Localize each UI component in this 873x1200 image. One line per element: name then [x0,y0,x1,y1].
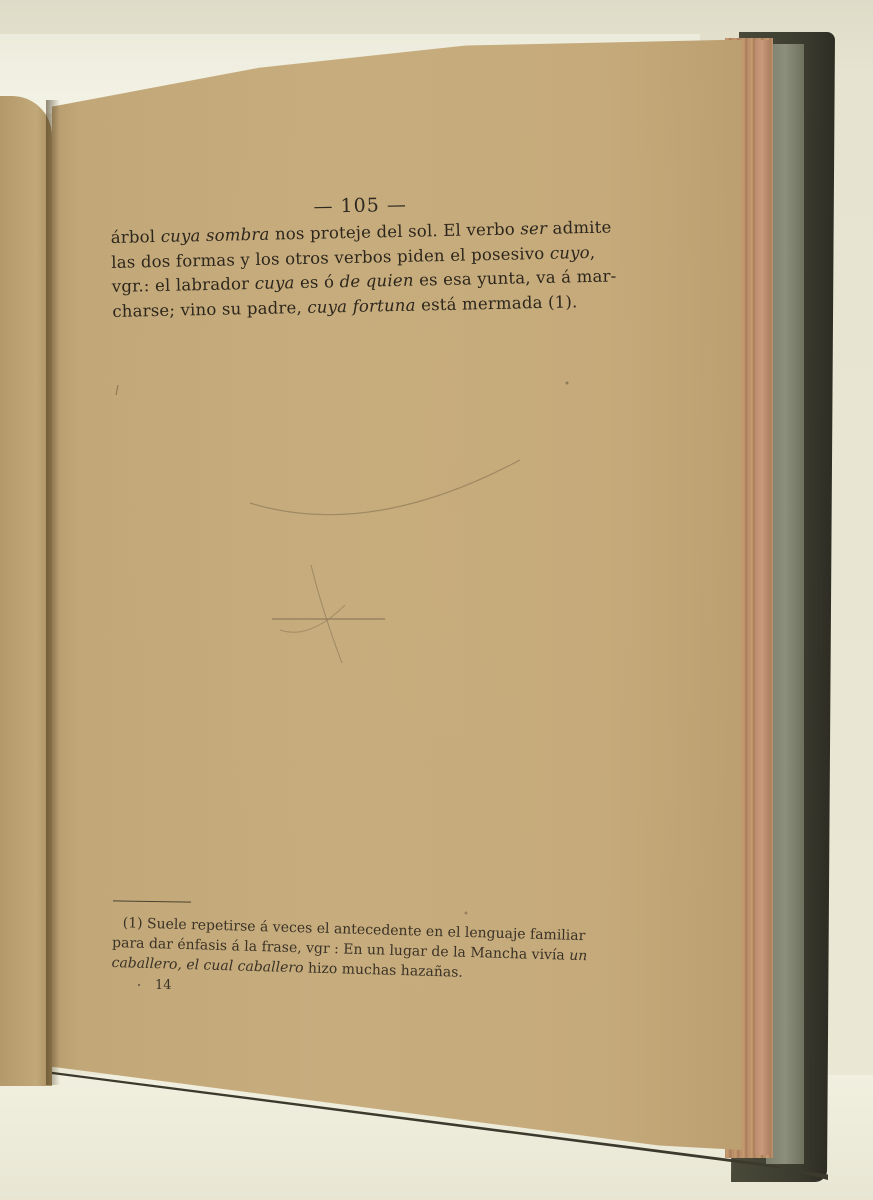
italic-run: cuya [255,273,295,293]
text-run: está mermada (1). [415,292,577,314]
italic-run: cuyo [550,242,590,262]
italic-run: caballero, el cual caballero [111,955,303,976]
italic-run: cuya sombra [161,225,270,246]
text-run: admite [547,218,612,238]
italic-run: cuya fortuna [307,295,416,316]
text-run: nos proteje del sol. El verbo [269,219,520,243]
italic-run: ser [520,219,547,239]
ink-dot [138,984,140,986]
text-run: vgr.: el labrador [112,274,255,296]
gutter-shadow [46,100,60,1085]
text-run: hizo muchas hazañas. [303,960,463,980]
text-run: , [590,242,596,261]
body-text: árbol cuya sombra nos proteje del sol. E… [111,216,583,324]
italic-run: de quien [339,271,413,292]
italic-run: un [569,948,587,964]
signature-mark: 14 [155,978,172,993]
text-run: es ó [294,272,339,292]
facing-page-edge [0,96,52,1086]
text-run: árbol [111,227,161,247]
page-body: — 105 — árbol cuya sombra nos proteje de… [110,190,582,324]
text-run: charse; vino su padre, [112,297,307,320]
book-page-edges-tinted [755,40,769,1155]
